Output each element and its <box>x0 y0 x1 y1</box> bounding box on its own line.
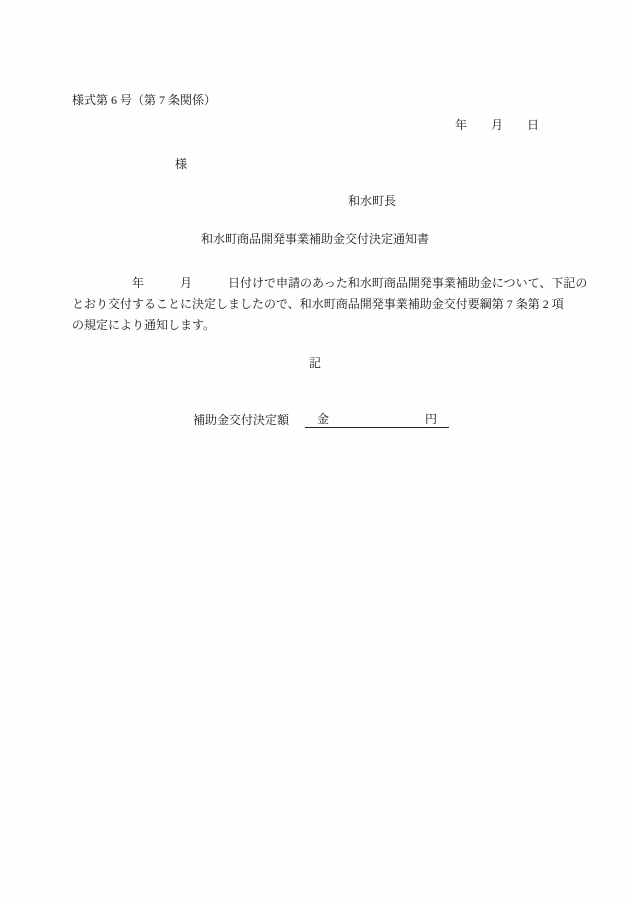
body-paragraph-line-1: 年 月 日付けで申請のあった和水町商品開発事業補助金について、下記の <box>72 277 559 289</box>
amount-label: 補助金交付決定額 <box>193 414 289 426</box>
form-number: 様式第 6 号（第 7 条関係） <box>72 94 216 106</box>
document-title: 和水町商品開発事業補助金交付決定通知書 <box>0 233 630 245</box>
document-page: 様式第 6 号（第 7 条関係） 年 月 日 様 和水町長 和水町商品開発事業補… <box>0 0 630 903</box>
date-line: 年 月 日 <box>455 119 539 131</box>
body-paragraph-line-3: の規定により通知します。 <box>72 319 559 331</box>
amount-blank-field: 金 円 <box>305 413 449 428</box>
section-marker-ki: 記 <box>0 357 630 369</box>
addressee-suffix: 様 <box>175 158 187 170</box>
body-paragraph-line-2: とおり交付することに決定しましたので、和水町商品開発事業補助金交付要綱第 7 条… <box>72 298 559 310</box>
sender-title: 和水町長 <box>348 195 396 207</box>
